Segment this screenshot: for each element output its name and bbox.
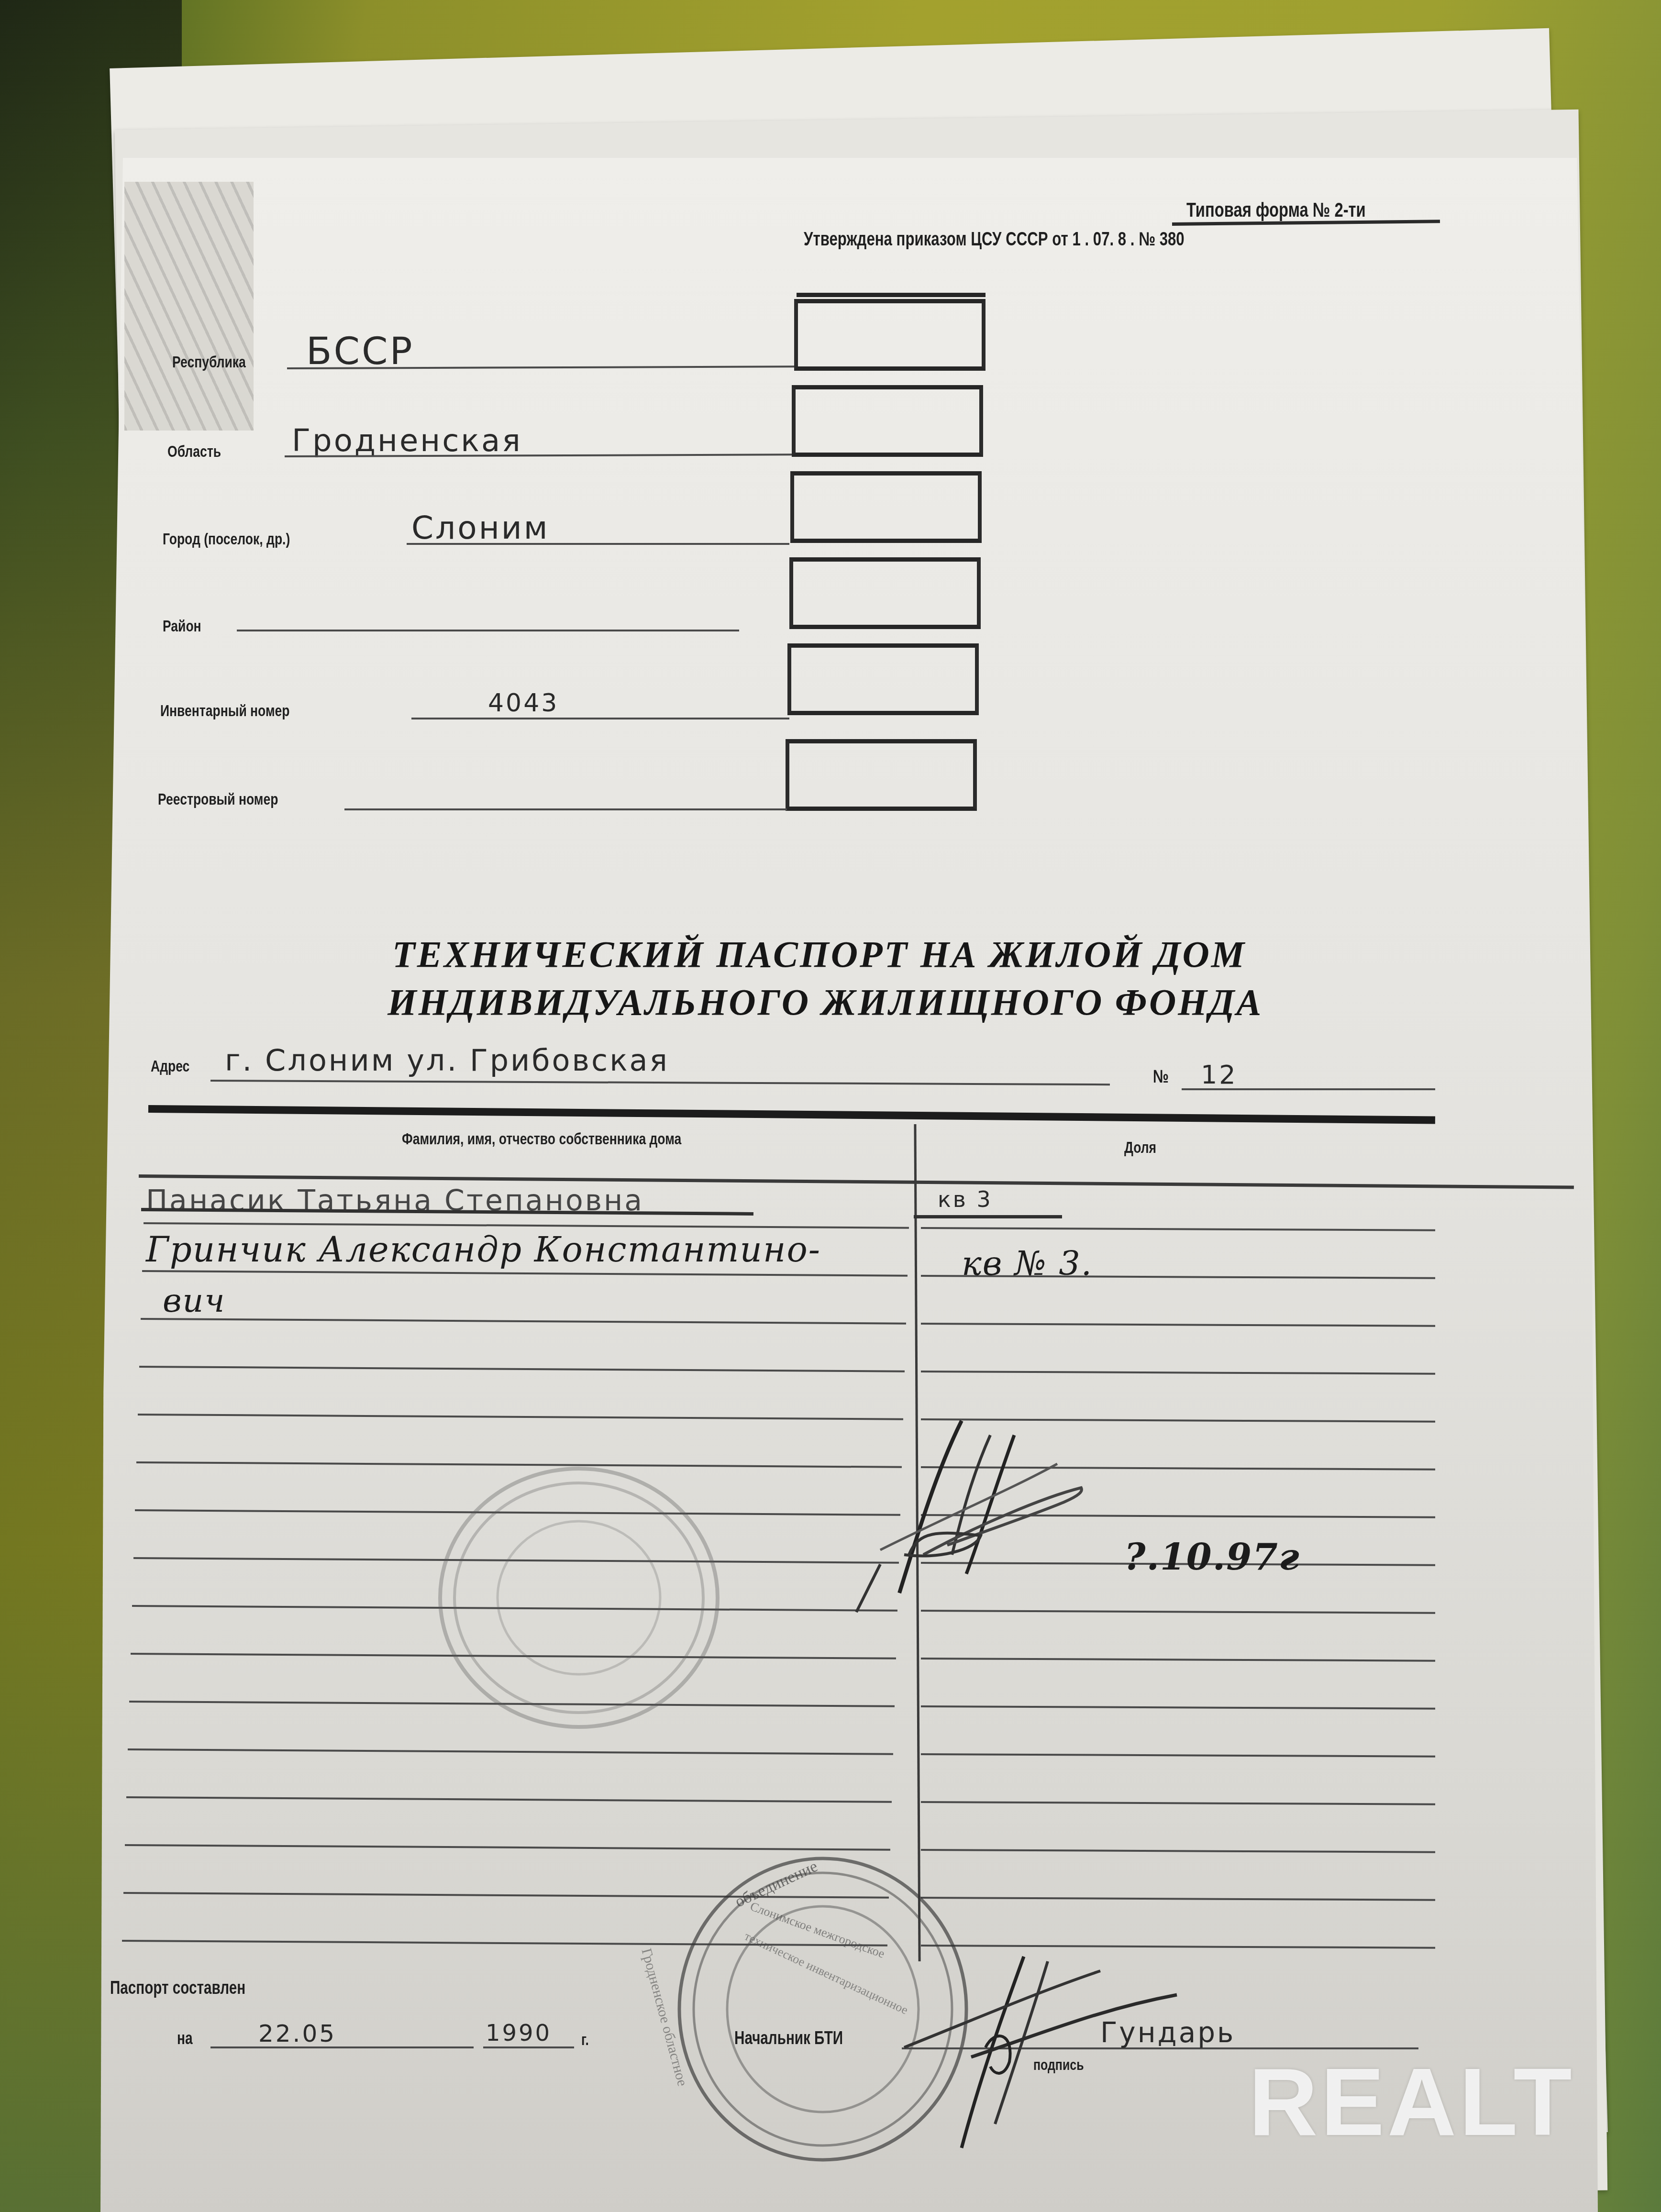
code-box-6 <box>786 739 977 811</box>
field-value-city: Слоним <box>411 509 549 546</box>
owner-row-3-name: вич <box>163 1282 226 1320</box>
compiled-on-label: на <box>177 2028 193 2048</box>
field-label-registry-number: Реестровый номер <box>158 790 278 809</box>
signature-role-label: Начальник БТИ <box>734 2028 843 2049</box>
address-number-value: 12 <box>1201 1060 1238 1090</box>
approved-by: Утверждена приказом ЦСУ СССР от 1 . 07. … <box>804 229 1185 250</box>
share-row-1-strikethrough <box>914 1215 1062 1218</box>
compiled-year-line <box>483 2046 574 2048</box>
address-value: г. Слоним ул. Грибовская <box>225 1043 669 1078</box>
field-line-registry-number <box>344 808 787 810</box>
faint-round-stamp <box>431 1459 727 1736</box>
address-number-label: № <box>1153 1067 1169 1087</box>
box-top-rule <box>797 293 986 297</box>
compiled-date-line <box>210 2046 474 2048</box>
owners-column-header: Фамилия, имя, отчество собственника дома <box>402 1130 681 1149</box>
owner-change-signature <box>852 1411 1282 1626</box>
field-label-inventory-number: Инвентарный номер <box>160 702 290 720</box>
code-box-4 <box>789 557 981 629</box>
address-label: Адрес <box>151 1057 189 1076</box>
compiled-year: 1990 <box>486 2020 552 2046</box>
field-label-district: Район <box>163 617 201 636</box>
compiled-year-suffix: г. <box>581 2031 589 2049</box>
field-line-district <box>237 630 739 631</box>
field-value-region: Гродненская <box>292 423 522 459</box>
form-label: Типовая форма № 2-ти <box>1186 199 1366 221</box>
share-row-1: кв 3 <box>938 1186 993 1212</box>
field-line-inventory-number <box>411 718 789 719</box>
code-box-3 <box>790 471 982 543</box>
document-title-line1: ТЕХНИЧЕСКИЙ ПАСПОРТ НА ЖИЛОЙ ДОМ <box>392 933 1246 976</box>
field-label-city: Город (поселок, др.) <box>163 530 290 549</box>
chief-signature <box>899 1952 1234 2153</box>
compiled-label: Паспорт составлен <box>110 1978 245 1999</box>
code-box-1 <box>794 299 986 371</box>
share-column-header: Доля <box>1124 1139 1156 1157</box>
field-label-republic: Республика <box>172 353 246 372</box>
field-value-inventory-number: 4043 <box>488 689 559 718</box>
field-line-city <box>407 543 789 545</box>
address-number-line <box>1182 1088 1435 1090</box>
realt-watermark: REALT <box>1249 2047 1575 2157</box>
share-row-2: кв № 3. <box>962 1244 1093 1283</box>
field-label-region: Область <box>167 442 221 461</box>
code-box-2 <box>792 385 983 457</box>
owner-change-date: ?.10.97г <box>1124 1536 1300 1578</box>
compiled-date: 22.05 <box>258 2020 336 2047</box>
code-box-5 <box>787 643 979 715</box>
owner-row-2-name: Гринчик Александр Константино- <box>146 1229 821 1270</box>
corner-stamp-residue <box>124 182 254 431</box>
document-title-line2: ИНДИВИДУАЛЬНОГО ЖИЛИЩНОГО ФОНДА <box>388 981 1263 1024</box>
